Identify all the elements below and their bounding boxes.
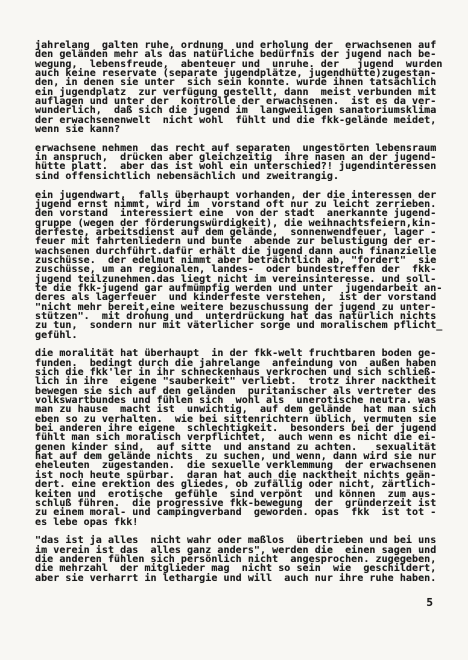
body-text: jahrelang galten ruhe, ordnung und erhol… xyxy=(35,41,445,583)
page-number: 5 xyxy=(35,596,439,609)
document-page: jahrelang galten ruhe, ordnung und erhol… xyxy=(0,0,468,660)
paragraph-3: ein jugendwart, falls überhaupt vorhande… xyxy=(35,191,445,341)
paragraph-2: erwachsene nehmen das recht auf separate… xyxy=(35,144,445,181)
paragraph-5: "das ist ja alles nicht wahr oder maßlos… xyxy=(35,536,445,583)
paragraph-1: jahrelang galten ruhe, ordnung und erhol… xyxy=(35,41,445,134)
paragraph-4: die moralität hat überhaupt in der fkk-w… xyxy=(35,349,445,527)
